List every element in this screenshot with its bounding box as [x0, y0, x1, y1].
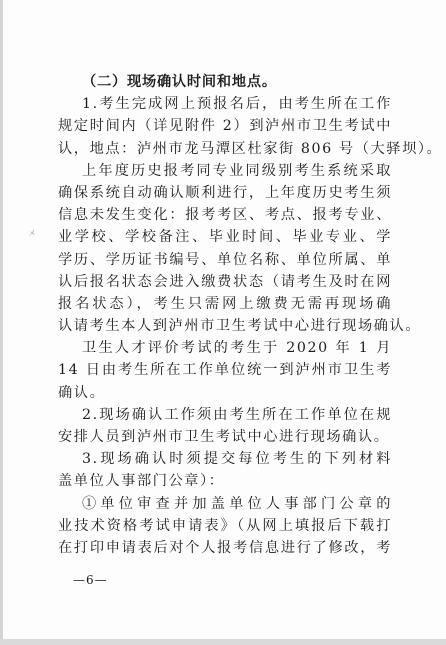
section-heading: （二）现场确认时间和地点。: [58, 71, 392, 93]
text-line: 认，地点：泸州市龙马潭区杜家街 806 号（大驿坝）。: [58, 138, 392, 160]
document-page: （二）现场确认时间和地点。 1.考生完成网上预报名后，由考生所在工作单位按要求在…: [58, 71, 392, 559]
text-line: 认请考生本人到泸州市卫生考试中心进行现场确认。: [58, 315, 392, 337]
text-line: 信息未发生变化：报考考区、考点、报考专业、报考级别、毕: [58, 204, 392, 226]
text-line: ①单位审查并加盖单位人事部门公章的《2020 年度卫生专: [58, 493, 392, 515]
text-line: 学历、学历证书编号、单位名称、单位所属、单位性质），确: [58, 249, 392, 271]
scan-left-edge: [0, 0, 3, 645]
text-line: 3.现场确认时须提交每位考生的下列材料（复印件均需加: [58, 448, 392, 470]
text-line: 2.现场确认工作须由考生所在工作单位在规定时间内统一: [58, 404, 392, 426]
margin-mark: 㐅: [28, 228, 36, 239]
text-line: 安排人员到泸州市卫生考试中心进行现场确认。: [58, 426, 392, 448]
text-line: 14 日由考生所在工作单位统一到泸州市卫生考试中心进行现场: [58, 359, 392, 381]
text-line: 业技术资格考试申请表》（从网上填报后下载打印）。如考生: [58, 515, 392, 537]
text-line: 报名状态），考生只需网上缴费无需再现场确认，如未自动确: [58, 293, 392, 315]
text-line: 确认。: [58, 382, 392, 404]
text-line: 上年度历史报考同专业同级别考生系统采取自动确认（为: [58, 160, 392, 182]
scan-bottom-edge: [0, 639, 446, 645]
text-line: 业学校、学校备注、毕业时间、毕业专业、学位、学制、最高: [58, 226, 392, 248]
text-line: 规定时间内（详见附件 2）到泸州市卫生考试中心进行现场确: [58, 115, 392, 137]
text-line: 在打印申请表后对个人报考信息进行了修改，考生须重新打印: [58, 537, 392, 559]
text-line: 盖单位人事部门公章）：: [58, 470, 392, 492]
text-line: 确保系统自动确认顺利进行，上年度历史考生须确定以下填报: [58, 182, 392, 204]
text-line: 1.考生完成网上预报名后，由考生所在工作单位按要求在: [58, 93, 392, 115]
text-line: 认后报名状态会进入缴费状态（请考生及时在网上查看自己的: [58, 271, 392, 293]
text-line: 卫生人才评价考试的考生于 2020 年 1 月 8 日—16 日、2 月: [58, 337, 392, 359]
document-body: 1.考生完成网上预报名后，由考生所在工作单位按要求在规定时间内（详见附件 2）到…: [58, 93, 392, 559]
page-number: —6—: [73, 573, 108, 587]
